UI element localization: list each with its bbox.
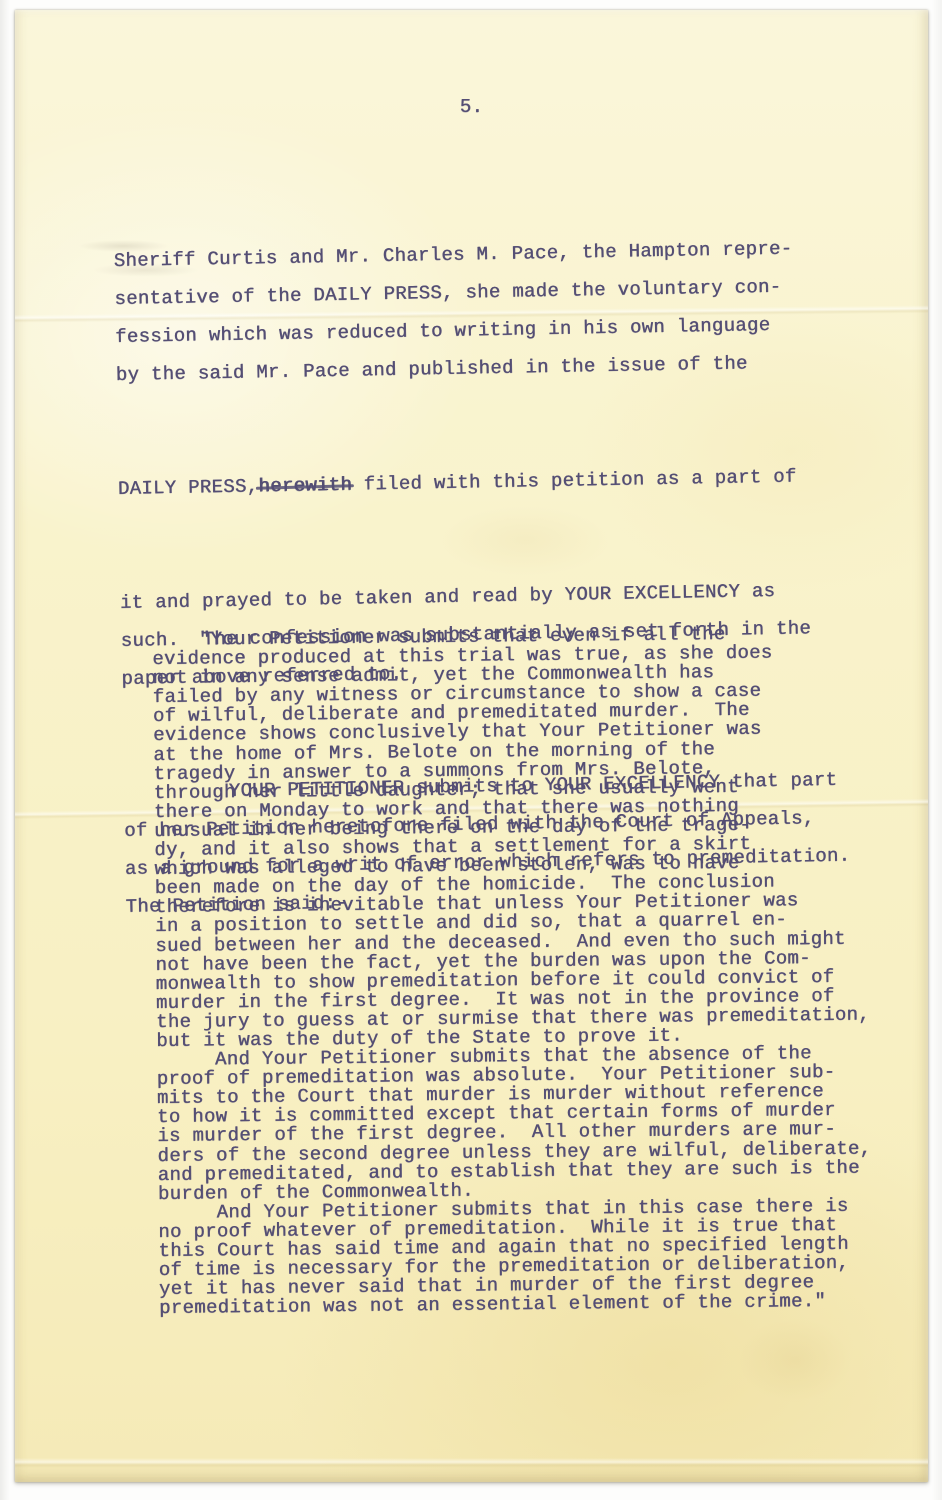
text-line: premeditation was not an essential eleme… [159,1292,873,1319]
page-number: 5. [15,98,928,117]
scanned-document-photo: 5. Sheriff Curtis and Mr. Charles M. Pac… [0,0,942,1500]
text-line-with-strikethrough: DAILY PRESS,herewith filed with this pet… [118,457,844,508]
strike-line-prefix: DAILY PRESS, [118,475,259,500]
paper-sheet: 5. Sheriff Curtis and Mr. Charles M. Pac… [15,10,928,1482]
paper-crease [15,1458,928,1468]
struck-word: herewith [258,474,352,498]
opening-paragraph-part-1: Sheriff Curtis and Mr. Charles M. Pace, … [113,229,841,394]
strike-line-suffix: filed with this petition as a part of [352,466,797,496]
quoted-petition-excerpt: "Your Petitioner submits that even if al… [152,624,873,1319]
